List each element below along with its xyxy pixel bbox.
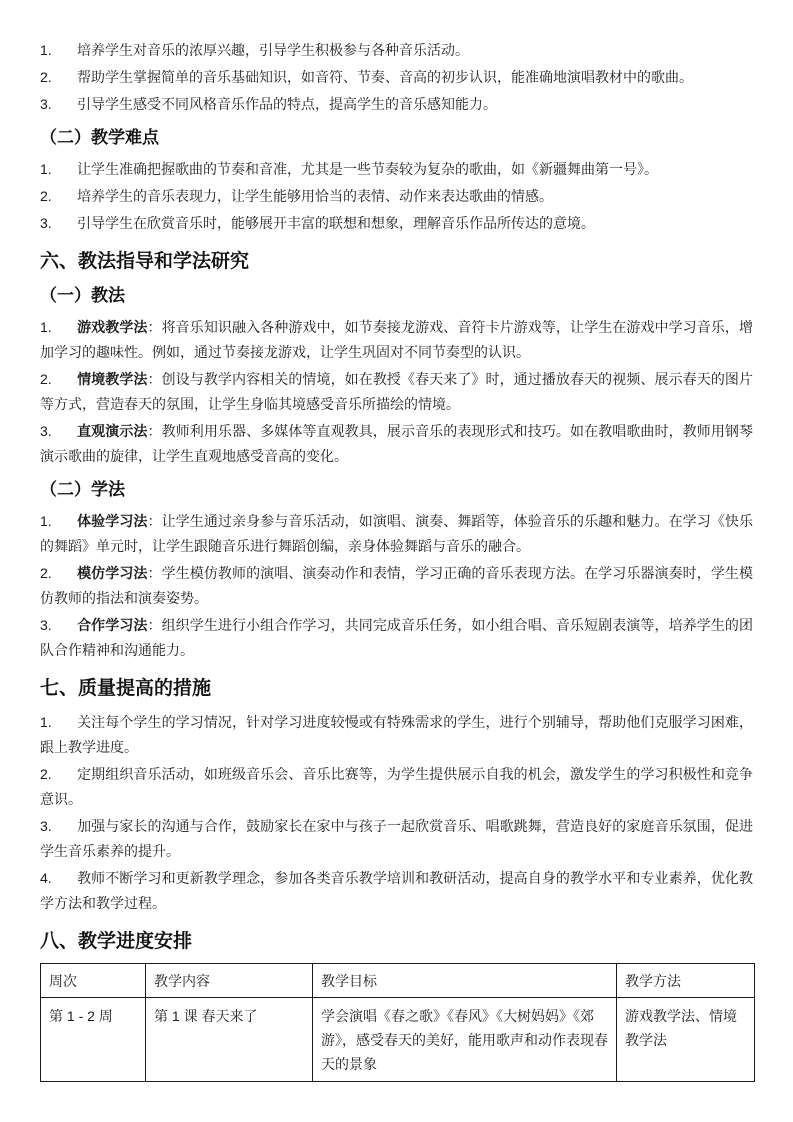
heading-section-six: 六、教法指导和学法研究 (40, 248, 753, 275)
learning-methods-list: 1.体验学习法：让学生通过亲身参与音乐活动，如演唱、演奏、舞蹈等，体验音乐的乐趣… (40, 509, 753, 663)
list-item: 1.培养学生对音乐的浓厚兴趣，引导学生积极参与各种音乐活动。 (40, 38, 753, 63)
method-term: 直观演示法 (77, 423, 148, 439)
method-term: 体验学习法 (77, 513, 148, 529)
list-item: 2.培养学生的音乐表现力，让学生能够用恰当的表情、动作来表达歌曲的情感。 (40, 184, 753, 209)
heading-section-seven: 七、质量提高的措施 (40, 675, 753, 702)
cell-week: 第 1 - 2 周 (41, 998, 146, 1082)
list-item: 1.让学生准确把握歌曲的节奏和音准，尤其是一些节奏较为复杂的歌曲，如《新疆舞曲第… (40, 157, 753, 182)
item-number: 3. (40, 211, 77, 236)
item-text: ：将音乐知识融入各种游戏中，如节奏接龙游戏、音符卡片游戏等，让学生在游戏中学习音… (40, 319, 753, 360)
column-header-week: 周次 (41, 964, 146, 998)
item-number: 2. (40, 762, 77, 787)
teaching-schedule-table: 周次 教学内容 教学目标 教学方法 第 1 - 2 周 第 1 课 春天来了 学… (40, 963, 755, 1082)
heading-section-eight: 八、教学进度安排 (40, 928, 753, 955)
list-item: 3.合作学习法：组织学生进行小组合作学习，共同完成音乐任务，如小组合唱、音乐短剧… (40, 613, 753, 663)
list-item: 3.引导学生感受不同风格音乐作品的特点，提高学生的音乐感知能力。 (40, 92, 753, 117)
item-number: 2. (40, 65, 77, 90)
item-number: 1. (40, 315, 77, 340)
item-text: 帮助学生掌握简单的音乐基础知识，如音符、节奏、音高的初步认识，能准确地演唱教材中… (77, 69, 693, 85)
item-text: 定期组织音乐活动，如班级音乐会、音乐比赛等，为学生提供展示自我的机会，激发学生的… (40, 766, 753, 807)
method-term: 情境教学法 (77, 371, 148, 387)
list-item: 2.情境教学法：创设与教学内容相关的情境，如在教授《春天来了》时，通过播放春天的… (40, 367, 753, 417)
cell-goal: 学会演唱《春之歌》《春风》《大树妈妈》《郊游》，感受春天的美好，能用歌声和动作表… (313, 998, 617, 1082)
table-row: 第 1 - 2 周 第 1 课 春天来了 学会演唱《春之歌》《春风》《大树妈妈》… (41, 998, 755, 1082)
item-number: 1. (40, 509, 77, 534)
document-page: { "doc": { "focus_items": [ { "num": "1.… (0, 0, 793, 1122)
item-text: ：学生模仿教师的演唱、演奏动作和表情，学习正确的音乐表现方法。在学习乐器演奏时，… (40, 565, 753, 606)
item-number: 3. (40, 814, 77, 839)
list-item: 2.定期组织音乐活动，如班级音乐会、音乐比赛等，为学生提供展示自我的机会，激发学… (40, 762, 753, 812)
table-header-row: 周次 教学内容 教学目标 教学方法 (41, 964, 755, 998)
item-number: 1. (40, 38, 77, 63)
teaching-focus-list: 1.培养学生对音乐的浓厚兴趣，引导学生积极参与各种音乐活动。 2.帮助学生掌握简… (40, 38, 753, 117)
item-number: 1. (40, 710, 77, 735)
method-term: 合作学习法 (77, 617, 148, 633)
list-item: 3.加强与家长的沟通与合作，鼓励家长在家中与孩子一起欣赏音乐、唱歌跳舞，营造良好… (40, 814, 753, 864)
item-text: ：创设与教学内容相关的情境，如在教授《春天来了》时，通过播放春天的视频、展示春天… (40, 371, 753, 412)
heading-teaching-difficulties: （二）教学难点 (40, 126, 753, 150)
item-text: 引导学生感受不同风格音乐作品的特点，提高学生的音乐感知能力。 (77, 96, 497, 112)
item-number: 3. (40, 419, 77, 444)
list-item: 3.引导学生在欣赏音乐时，能够展开丰富的联想和想象，理解音乐作品所传达的意境。 (40, 211, 753, 236)
item-text: ：让学生通过亲身参与音乐活动，如演唱、演奏、舞蹈等，体验音乐的乐趣和魅力。在学习… (40, 513, 753, 554)
item-text: 教师不断学习和更新教学理念，参加各类音乐教学培训和教研活动，提高自身的教学水平和… (40, 870, 753, 911)
item-number: 2. (40, 367, 77, 392)
item-text: 培养学生对音乐的浓厚兴趣，引导学生积极参与各种音乐活动。 (77, 42, 469, 58)
column-header-content: 教学内容 (146, 964, 313, 998)
column-header-method: 教学方法 (617, 964, 755, 998)
item-number: 3. (40, 613, 77, 638)
heading-learning-methods: （二）学法 (40, 478, 753, 502)
item-number: 1. (40, 157, 77, 182)
item-text: 让学生准确把握歌曲的节奏和音准，尤其是一些节奏较为复杂的歌曲，如《新疆舞曲第一号… (77, 161, 658, 177)
item-number: 4. (40, 866, 77, 891)
list-item: 2.帮助学生掌握简单的音乐基础知识，如音符、节奏、音高的初步认识，能准确地演唱教… (40, 65, 753, 90)
teaching-difficulties-list: 1.让学生准确把握歌曲的节奏和音准，尤其是一些节奏较为复杂的歌曲，如《新疆舞曲第… (40, 157, 753, 236)
teaching-methods-list: 1.游戏教学法：将音乐知识融入各种游戏中，如节奏接龙游戏、音符卡片游戏等，让学生… (40, 315, 753, 469)
cell-method: 游戏教学法、情境教学法 (617, 998, 755, 1082)
list-item: 1.关注每个学生的学习情况，针对学习进度较慢或有特殊需求的学生，进行个别辅导，帮… (40, 710, 753, 760)
list-item: 4.教师不断学习和更新教学理念，参加各类音乐教学培训和教研活动，提高自身的教学水… (40, 866, 753, 916)
item-number: 3. (40, 92, 77, 117)
list-item: 2.模仿学习法：学生模仿教师的演唱、演奏动作和表情，学习正确的音乐表现方法。在学… (40, 561, 753, 611)
item-text: 引导学生在欣赏音乐时，能够展开丰富的联想和想象，理解音乐作品所传达的意境。 (77, 215, 595, 231)
item-text: ：教师利用乐器、多媒体等直观教具，展示音乐的表现形式和技巧。如在教唱歌曲时，教师… (40, 423, 753, 464)
item-text: 培养学生的音乐表现力，让学生能够用恰当的表情、动作来表达歌曲的情感。 (77, 188, 553, 204)
heading-teaching-methods: （一）教法 (40, 284, 753, 308)
item-text: 加强与家长的沟通与合作，鼓励家长在家中与孩子一起欣赏音乐、唱歌跳舞，营造良好的家… (40, 818, 753, 859)
item-number: 2. (40, 561, 77, 586)
item-number: 2. (40, 184, 77, 209)
list-item: 1.游戏教学法：将音乐知识融入各种游戏中，如节奏接龙游戏、音符卡片游戏等，让学生… (40, 315, 753, 365)
list-item: 1.体验学习法：让学生通过亲身参与音乐活动，如演唱、演奏、舞蹈等，体验音乐的乐趣… (40, 509, 753, 559)
list-item: 3.直观演示法：教师利用乐器、多媒体等直观教具，展示音乐的表现形式和技巧。如在教… (40, 419, 753, 469)
item-text: ：组织学生进行小组合作学习，共同完成音乐任务，如小组合唱、音乐短剧表演等，培养学… (40, 617, 753, 658)
quality-measures-list: 1.关注每个学生的学习情况，针对学习进度较慢或有特殊需求的学生，进行个别辅导，帮… (40, 710, 753, 916)
method-term: 游戏教学法 (77, 319, 148, 335)
column-header-goal: 教学目标 (313, 964, 617, 998)
method-term: 模仿学习法 (77, 565, 148, 581)
item-text: 关注每个学生的学习情况，针对学习进度较慢或有特殊需求的学生，进行个别辅导，帮助他… (40, 714, 753, 755)
cell-content: 第 1 课 春天来了 (146, 998, 313, 1082)
